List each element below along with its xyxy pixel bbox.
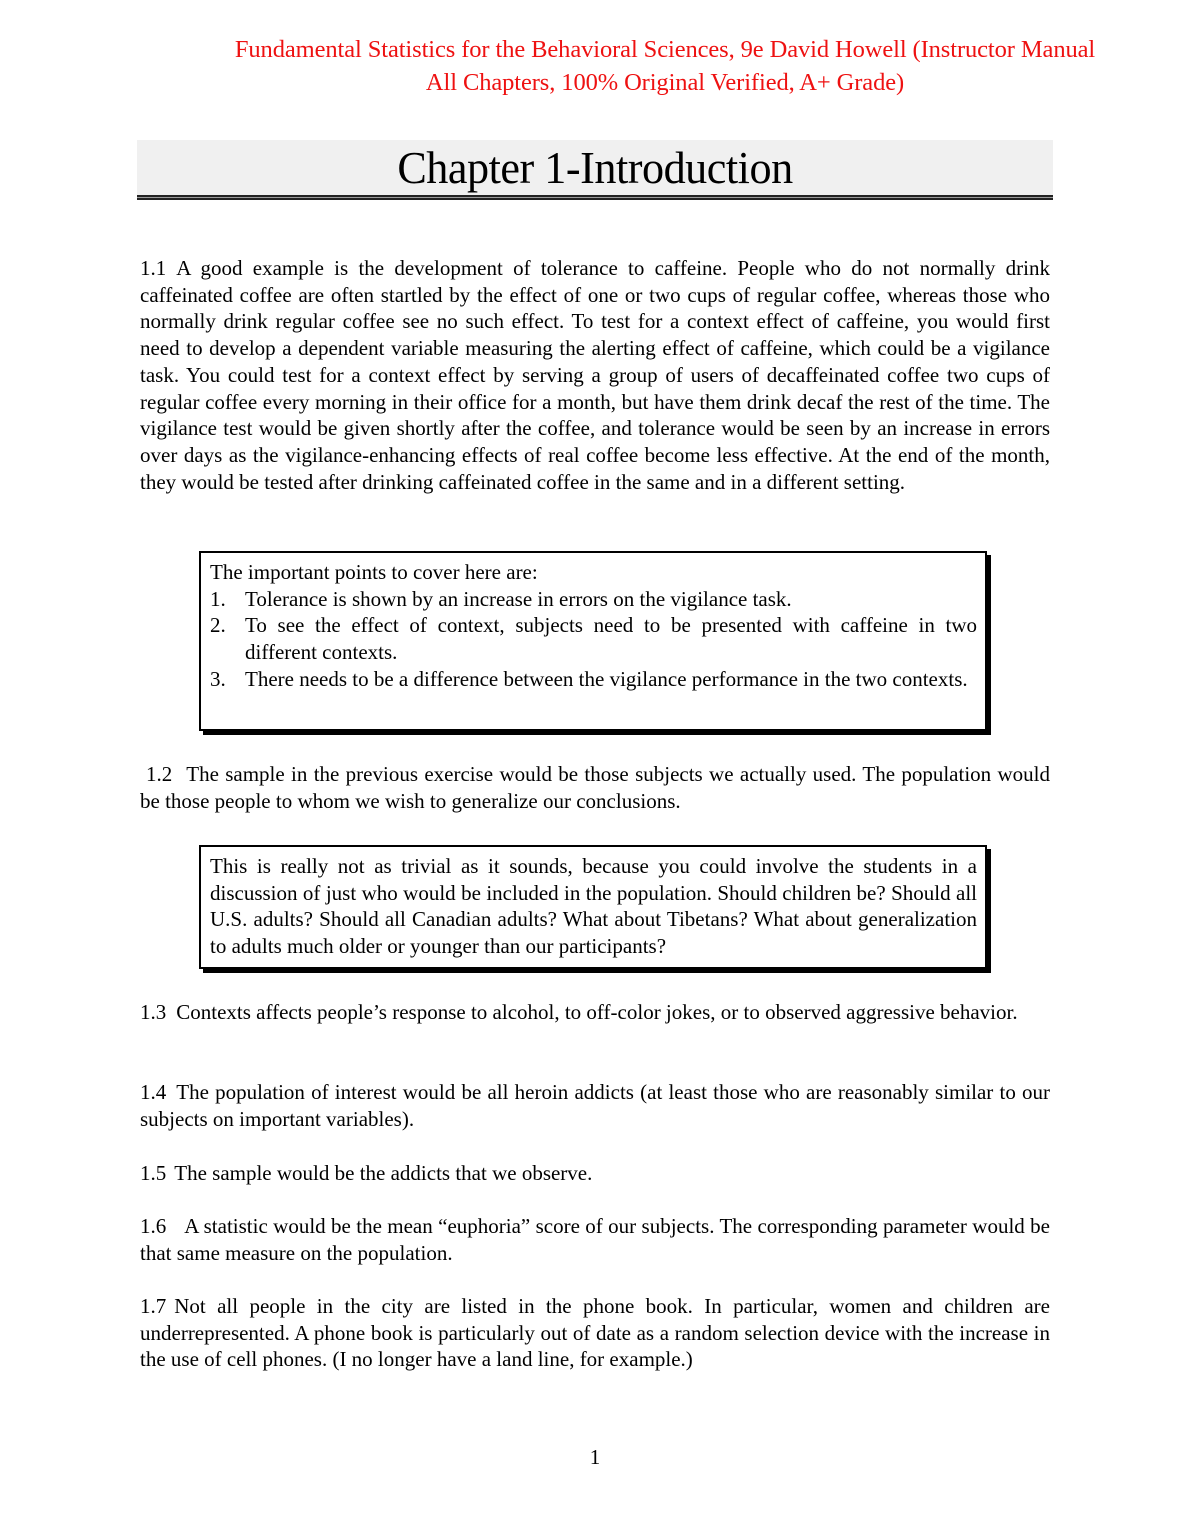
answer-number: 1.4 bbox=[140, 1080, 166, 1104]
answer-text: The population of interest would be all … bbox=[140, 1080, 1050, 1131]
watermark-line-1: Fundamental Statistics for the Behaviora… bbox=[170, 33, 1160, 66]
list-item: 1. Tolerance is shown by an increase in … bbox=[210, 586, 977, 613]
answer-text: The sample in the previous exercise woul… bbox=[140, 762, 1050, 813]
answer-1-3: 1.3Contexts affects people’s response to… bbox=[140, 999, 1050, 1026]
answer-1-2: 1.2The sample in the previous exercise w… bbox=[140, 761, 1050, 814]
answer-number: 1.2 bbox=[146, 762, 172, 786]
answer-text: The sample would be the addicts that we … bbox=[174, 1161, 592, 1185]
note-box-important-points: The important points to cover here are: … bbox=[199, 551, 987, 731]
answer-1-5: 1.5The sample would be the addicts that … bbox=[140, 1160, 1050, 1187]
page-number: 1 bbox=[560, 1444, 630, 1470]
note-box-population-discussion: This is really not as trivial as it soun… bbox=[199, 845, 987, 969]
list-item-text: To see the effect of context, subjects n… bbox=[245, 612, 977, 665]
list-item-number: 3. bbox=[210, 666, 245, 693]
watermark-header: Fundamental Statistics for the Behaviora… bbox=[170, 33, 1160, 99]
answer-text: A statistic would be the mean “euphoria”… bbox=[140, 1214, 1050, 1265]
list-item-text: Tolerance is shown by an increase in err… bbox=[245, 586, 977, 613]
answer-number: 1.6 bbox=[140, 1214, 166, 1238]
list-item: 3. There needs to be a difference betwee… bbox=[210, 666, 977, 693]
answer-1-6: 1.6A statistic would be the mean “euphor… bbox=[140, 1213, 1050, 1266]
answer-text: Not all people in the city are listed in… bbox=[140, 1294, 1050, 1371]
answer-1-7: 1.7Not all people in the city are listed… bbox=[140, 1293, 1050, 1373]
answer-number: 1.1 bbox=[140, 256, 166, 280]
list-item: 2. To see the effect of context, subject… bbox=[210, 612, 977, 665]
note-intro: The important points to cover here are: bbox=[210, 559, 977, 586]
answer-text: Contexts affects people’s response to al… bbox=[176, 1000, 1017, 1024]
answer-1-4: 1.4The population of interest would be a… bbox=[140, 1079, 1050, 1132]
answer-number: 1.3 bbox=[140, 1000, 166, 1024]
list-item-number: 1. bbox=[210, 586, 245, 613]
answer-1-1: 1.1A good example is the development of … bbox=[140, 255, 1050, 495]
chapter-title: Chapter 1-Introduction bbox=[155, 140, 1034, 195]
important-points-list: 1. Tolerance is shown by an increase in … bbox=[210, 586, 977, 693]
list-item-text: There needs to be a difference between t… bbox=[245, 666, 977, 693]
watermark-line-2: All Chapters, 100% Original Verified, A+… bbox=[170, 66, 1160, 99]
answer-text: A good example is the development of tol… bbox=[140, 256, 1050, 494]
answer-number: 1.5 bbox=[140, 1161, 166, 1185]
answer-number: 1.7 bbox=[140, 1294, 166, 1318]
note-text: This is really not as trivial as it soun… bbox=[210, 853, 977, 960]
list-item-number: 2. bbox=[210, 612, 245, 665]
heading-rule-bottom bbox=[137, 198, 1053, 200]
